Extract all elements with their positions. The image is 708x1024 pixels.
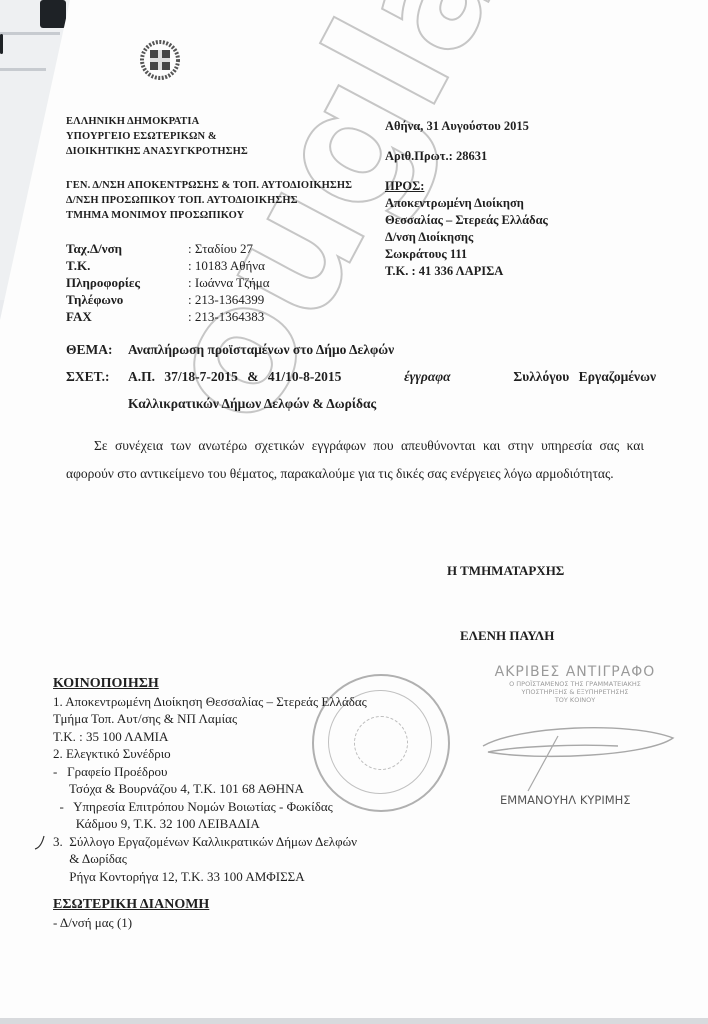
exact-copy-stamp: ΑΚΡΙΒΕΣ ΑΝΤΙΓΡΑΦΟ Ο ΠΡΟΪΣΤΑΜΕΝΟΣ ΤΗΣ ΓΡΑ… (470, 664, 680, 704)
contact-value: : 10183 Αθήνα (188, 257, 265, 274)
internal-distribution: ΕΣΩΤΕΡΙΚΗ ΔΙΑΝΟΜΗ - Δ/νσή μας (1) (53, 896, 209, 931)
contact-info: Ταχ.Δ/νση: Σταδίου 27 Τ.Κ.: 10183 Αθήνα … (66, 240, 270, 325)
letterhead-line: ΥΠΟΥΡΓΕΙΟ ΕΣΩΤΕΡΙΚΩΝ & (66, 129, 248, 144)
signatory-title: Η ΤΜΗΜΑΤΑΡΧΗΣ (447, 563, 564, 579)
contact-row: FAX: 213-1364383 (66, 308, 270, 325)
internal-distribution-line: - Δ/νσή μας (1) (53, 914, 209, 932)
letterhead-line: ΕΛΛΗΝΙΚΗ ΔΗΜΟΚΡΑΤΙΑ (66, 114, 248, 129)
stamp-subline: ΥΠΟΣΤΗΡΙΞΗΣ & ΕΞΥΠΗΡΕΤΗΣΗΣ (470, 688, 680, 696)
notification-block: ΚΟΙΝΟΠΟΙΗΣΗ 1. Αποκεντρωμένη Διοίκηση Θε… (53, 675, 367, 885)
reference-label: ΣΧΕΤ.: (66, 363, 128, 390)
recipient-line: Δ/νση Διοίκησης (385, 229, 548, 246)
background-ledge (0, 32, 60, 35)
contact-key: Πληροφορίες (66, 274, 188, 291)
notification-line: Ρήγα Κοντορήγα 12, Τ.Κ. 33 100 ΑΜΦΙΣΣΑ (53, 868, 367, 886)
recipient-label: ΠΡΟΣ: (385, 178, 548, 195)
department-line: ΤΜΗΜΑ ΜΟΝΙΜΟΥ ΠΡΟΣΩΠΙΚΟΥ (66, 208, 352, 223)
notification-line: 3. Σύλλογο Εργαζομένων Καλλικρατικών Δήμ… (53, 833, 367, 851)
document-page: ougla.gr ΕΛΛΗΝΙΚΗ ΔΗΜΟΚΡΑΤΙΑ ΥΠΟΥΡΓΕΙΟ Ε… (0, 0, 708, 1018)
protocol-number: Αριθ.Πρωτ.: 28631 (385, 148, 487, 165)
handwritten-signature (478, 716, 678, 801)
recipient-line: Αποκεντρωμένη Διοίκηση (385, 195, 548, 212)
page-bottom-edge (0, 1018, 708, 1024)
contact-key: Ταχ.Δ/νση (66, 240, 188, 257)
contact-value: : 213-1364383 (188, 308, 264, 325)
stamp-subline: Ο ΠΡΟΪΣΤΑΜΕΝΟΣ ΤΗΣ ΓΡΑΜΜΑΤΕΙΑΚΗΣ (470, 680, 680, 688)
notification-line: Τσόχα & Βουρνάζου 4, Τ.Κ. 101 68 ΑΘΗΝΑ (53, 780, 367, 798)
notification-line: Τ.Κ. : 35 100 ΛΑΜΙΑ (53, 728, 367, 746)
subject-line: ΘΕΜΑ:Αναπλήρωση προϊσταμένων στο Δήμο Δε… (66, 336, 656, 363)
contact-key: Τ.Κ. (66, 257, 188, 274)
notification-line: Τμήμα Τοπ. Αυτ/σης & ΝΠ Λαμίας (53, 710, 367, 728)
background-ledge (0, 68, 46, 71)
recipient-line: Τ.Κ. : 41 336 ΛΑΡΙΣΑ (385, 263, 548, 280)
contact-row: Τ.Κ.: 10183 Αθήνα (66, 257, 270, 274)
reference-italic: έγγραφα (404, 363, 451, 390)
contact-value: : 213-1364399 (188, 291, 264, 308)
letterhead-department: ΓΕΝ. Δ/ΝΣΗ ΑΠΟΚΕΝΤΡΩΣΗΣ & ΤΟΠ. ΑΥΤΟΔΙΟΙΚ… (66, 178, 352, 223)
recipient-line: Σωκράτους 111 (385, 246, 548, 263)
notification-line: Κάδμου 9, Τ.Κ. 32 100 ΛΕΙΒΑΔΙΑ (53, 815, 367, 833)
contact-value: : Ιωάννα Τζήμα (188, 274, 270, 291)
notification-line: 1. Αποκεντρωμένη Διοίκηση Θεσσαλίας – Στ… (53, 693, 367, 711)
signatory-name: ΕΛΕΝΗ ΠΑΥΛΗ (460, 628, 554, 644)
subject-label: ΘΕΜΑ: (66, 336, 128, 363)
document-date: Αθήνα, 31 Αυγούστου 2015 (385, 118, 529, 135)
copy-signer-name: ΕΜΜΑΝΟΥΗΛ ΚΥΡΙΜΗΣ (500, 793, 631, 807)
contact-row: Ταχ.Δ/νση: Σταδίου 27 (66, 240, 270, 257)
department-line: ΓΕΝ. Δ/ΝΣΗ ΑΠΟΚΕΝΤΡΩΣΗΣ & ΤΟΠ. ΑΥΤΟΔΙΟΙΚ… (66, 178, 352, 193)
body-paragraph: Σε συνέχεια των ανωτέρω σχετικών εγγράφω… (66, 432, 644, 488)
notification-line: - Γραφείο Προέδρου (53, 763, 367, 781)
recipient-line: Θεσσαλίας – Στερεάς Ελλάδας (385, 212, 548, 229)
internal-distribution-heading: ΕΣΩΤΕΡΙΚΗ ΔΙΑΝΟΜΗ (53, 896, 209, 914)
letterhead-ministry: ΕΛΛΗΝΙΚΗ ΔΗΜΟΚΡΑΤΙΑ ΥΠΟΥΡΓΕΙΟ ΕΣΩΤΕΡΙΚΩΝ… (66, 114, 248, 159)
pen-mark (34, 834, 46, 857)
stamp-title: ΑΚΡΙΒΕΣ ΑΝΤΙΓΡΑΦΟ (470, 664, 680, 680)
contact-row: Πληροφορίες: Ιωάννα Τζήμα (66, 274, 270, 291)
subject-text: Αναπλήρωση προϊσταμένων στο Δήμο Δελφών (128, 342, 394, 357)
reference-line-2: Καλλικρατικών Δήμων Δελφών & Δωρίδας (66, 390, 656, 417)
notification-heading: ΚΟΙΝΟΠΟΙΗΣΗ (53, 675, 367, 693)
reference-numbers: Α.Π. 37/18-7-2015 & 41/10-8-2015 (128, 363, 341, 390)
contact-value: : Σταδίου 27 (188, 240, 253, 257)
subject-block: ΘΕΜΑ:Αναπλήρωση προϊσταμένων στο Δήμο Δε… (66, 336, 656, 417)
contact-row: Τηλέφωνο: 213-1364399 (66, 291, 270, 308)
reference-line: ΣΧΕΤ.:Α.Π. 37/18-7-2015 & 41/10-8-2015 έ… (66, 363, 656, 390)
department-line: Δ/ΝΣΗ ΠΡΟΣΩΠΙΚΟΥ ΤΟΠ. ΑΥΤΟΔΙΟΙΚΗΣΗΣ (66, 193, 352, 208)
notification-line: & Δωρίδας (53, 850, 367, 868)
greek-coat-of-arms-icon (140, 40, 180, 80)
notification-line: - Υπηρεσία Επιτρόπου Νομών Βοιωτίας - Φω… (53, 798, 367, 816)
stamp-subline: ΤΟΥ ΚΟΙΝΟΥ (470, 696, 680, 704)
recipient-block: ΠΡΟΣ: Αποκεντρωμένη Διοίκηση Θεσσαλίας –… (385, 178, 548, 280)
reference-sender: Συλλόγου Εργαζομένων (513, 363, 656, 390)
letterhead-line: ΔΙΟΙΚΗΤΙΚΗΣ ΑΝΑΣΥΓΚΡΟΤΗΣΗΣ (66, 144, 248, 159)
contact-key: Τηλέφωνο (66, 291, 188, 308)
contact-key: FAX (66, 308, 188, 325)
keyboard-key (42, 0, 62, 28)
notification-line: 2. Ελεγκτικό Συνέδριο (53, 745, 367, 763)
keyboard-key (0, 34, 3, 54)
